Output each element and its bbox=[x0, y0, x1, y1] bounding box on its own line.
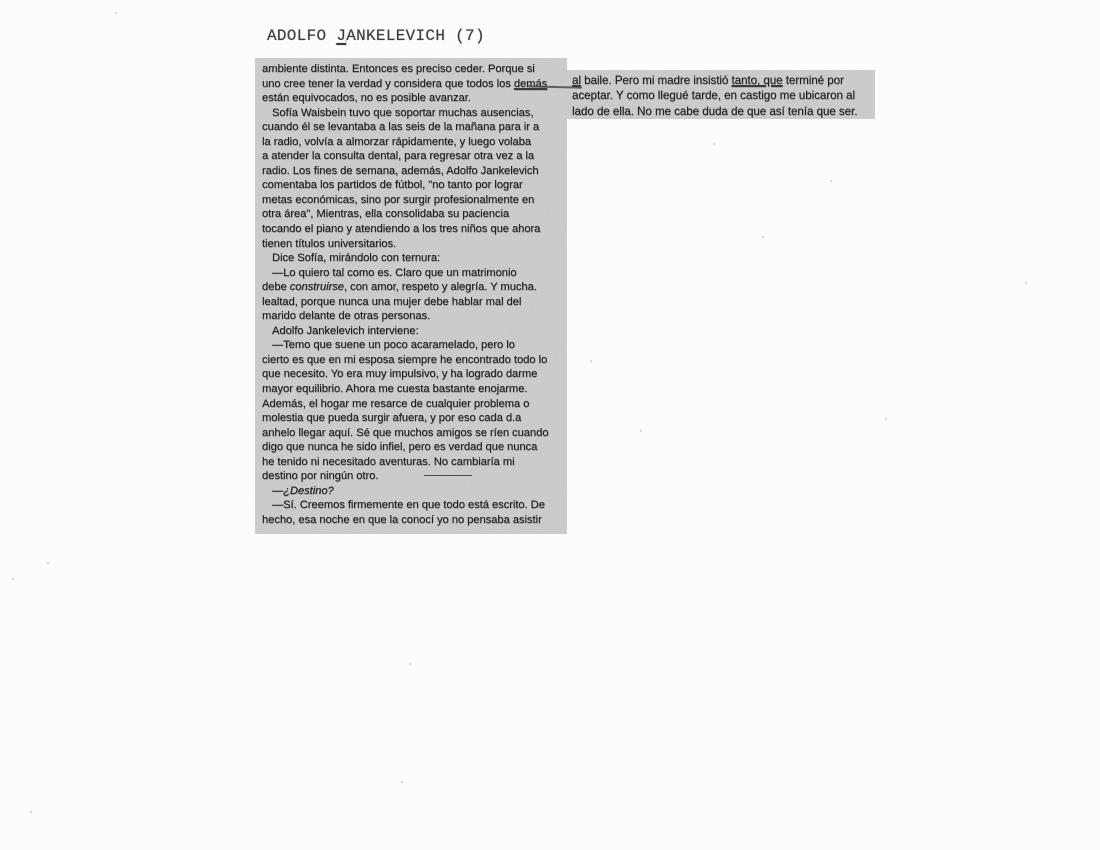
text-segment: he tenido ni necesitado aventuras. No ca… bbox=[262, 456, 514, 468]
scan-speck bbox=[401, 781, 403, 783]
text-line: aceptar. Y como llegué tarde, en castigo… bbox=[572, 88, 875, 103]
typewritten-page-title: ADOLFO JANKELEVICH (7) bbox=[267, 26, 485, 46]
scan-speck bbox=[885, 418, 887, 420]
text-segment: Dice Sofía, mirándolo con ternura: bbox=[272, 252, 440, 264]
underlined-text: al bbox=[572, 74, 581, 87]
text-segment: hecho, esa noche en que la conocí yo no … bbox=[262, 514, 542, 526]
text-line: debe construirse, con amor, respeto y al… bbox=[262, 280, 567, 295]
text-segment: —Lo quiero tal como es. Claro que un mat… bbox=[272, 267, 517, 279]
text-segment: anhelo llegar aquí. Sé que muchos amigos… bbox=[262, 427, 548, 439]
text-segment: debe bbox=[262, 281, 290, 293]
text-segment: ANKELEVICH (7) bbox=[346, 27, 485, 45]
text-segment: la radio, volvía a almorzar rápidamente,… bbox=[262, 136, 531, 148]
text-line: Dice Sofía, mirándolo con ternura: bbox=[262, 251, 567, 266]
scan-speck bbox=[115, 12, 117, 14]
text-segment: terminé por bbox=[783, 74, 844, 87]
scan-speck bbox=[713, 143, 715, 145]
text-line: hecho, esa noche en que la conocí yo no … bbox=[262, 513, 567, 528]
text-segment: destino por ningún otro. bbox=[262, 470, 378, 482]
text-line: destino por ningún otro. bbox=[262, 469, 567, 484]
text-line: al baile. Pero mi madre insistió tanto, … bbox=[572, 73, 875, 88]
scan-speck bbox=[409, 663, 411, 665]
text-line: —Temo que suene un poco acaramelado, per… bbox=[262, 338, 567, 353]
text-line: lado de ella. No me cabe duda de que así… bbox=[572, 104, 875, 119]
text-segment: —Temo que suene un poco acaramelado, per… bbox=[272, 339, 515, 351]
text-line: la radio, volvía a almorzar rápidamente,… bbox=[262, 135, 567, 150]
text-segment: baile. Pero mi madre insistió bbox=[581, 74, 732, 87]
text-segment: mayor equilibrio. Ahora me cuesta bastan… bbox=[262, 383, 527, 395]
text-line: tienen títulos universitarios. bbox=[262, 237, 567, 252]
scan-speck bbox=[47, 562, 49, 564]
text-line: comentaba los partidos de fútbol, "no ta… bbox=[262, 178, 567, 193]
scan-speck bbox=[640, 430, 642, 432]
text-segment: ADOLFO bbox=[267, 27, 336, 45]
scan-speck bbox=[12, 578, 14, 580]
scan-speck bbox=[830, 180, 832, 182]
text-line: Además, el hogar me resarce de cualquier… bbox=[262, 397, 567, 412]
text-segment: cierto es que en mi esposa siempre he en… bbox=[262, 354, 547, 366]
text-line: Sofía Waisbein tuvo que soportar muchas … bbox=[262, 106, 567, 121]
text-line: digo que nunca he sido infiel, pero es v… bbox=[262, 440, 567, 455]
text-segment: cuando él se levantaba a las seis de la … bbox=[262, 121, 539, 133]
text-segment: tienen títulos universitarios. bbox=[262, 238, 396, 250]
text-line: —¿Destino? bbox=[262, 484, 567, 499]
text-line: radio. Los fines de semana, además, Adol… bbox=[262, 164, 567, 179]
text-segment: digo que nunca he sido infiel, pero es v… bbox=[262, 441, 537, 453]
italic-text: —¿Destino? bbox=[272, 485, 334, 497]
text-line: a atender la consulta dental, para regre… bbox=[262, 149, 567, 164]
text-segment: otra área", Mientras, ella consolidaba s… bbox=[262, 208, 509, 220]
italic-text: construirse bbox=[290, 281, 344, 293]
text-segment: —Sí. Creemos firmemente en que todo está… bbox=[272, 499, 545, 511]
text-line: Adolfo Jankelevich interviene: bbox=[262, 324, 567, 339]
underlined-text: J bbox=[336, 27, 346, 45]
scan-speck bbox=[1025, 282, 1027, 284]
text-line: he tenido ni necesitado aventuras. No ca… bbox=[262, 455, 567, 470]
clipping-right-column-text: al baile. Pero mi madre insistió tanto, … bbox=[572, 73, 875, 119]
text-line: que necesito. Yo era muy impulsivo, y ha… bbox=[262, 367, 567, 382]
handwritten-rule bbox=[424, 472, 472, 476]
clipping-left-column: ambiente distinta. Entonces es preciso c… bbox=[255, 58, 567, 534]
text-segment: aceptar. Y como llegué tarde, en castigo… bbox=[572, 89, 855, 102]
text-segment: uno cree tener la verdad y considera que… bbox=[262, 78, 514, 90]
scan-speck bbox=[590, 360, 592, 362]
text-line: —Lo quiero tal como es. Claro que un mat… bbox=[262, 266, 567, 281]
text-segment: radio. Los fines de semana, además, Adol… bbox=[262, 165, 539, 177]
text-line: tocando el piano y atendiendo a los tres… bbox=[262, 222, 567, 237]
text-line: cuando él se levantaba a las seis de la … bbox=[262, 120, 567, 135]
text-segment: lado de ella. No me cabe duda de que así… bbox=[572, 105, 857, 118]
scan-speck bbox=[345, 40, 347, 42]
clipping-left-column-text: ambiente distinta. Entonces es preciso c… bbox=[262, 62, 567, 528]
scan-speck bbox=[762, 236, 764, 238]
text-line: mayor equilibrio. Ahora me cuesta bastan… bbox=[262, 382, 567, 397]
text-line: molestia que pueda surgir afuera, y por … bbox=[262, 411, 567, 426]
text-segment: tocando el piano y atendiendo a los tres… bbox=[262, 223, 540, 235]
text-line: cierto es que en mi esposa siempre he en… bbox=[262, 353, 567, 368]
text-segment: Además, el hogar me resarce de cualquier… bbox=[262, 398, 529, 410]
text-segment: Adolfo Jankelevich interviene: bbox=[272, 325, 419, 337]
text-segment: están equivocados, no es posible avanzar… bbox=[262, 92, 471, 104]
text-line: lealtad, porque nunca una mujer debe hab… bbox=[262, 295, 567, 310]
text-segment: comentaba los partidos de fútbol, "no ta… bbox=[262, 179, 523, 191]
text-segment: a atender la consulta dental, para regre… bbox=[262, 150, 534, 162]
text-segment: ambiente distinta. Entonces es preciso c… bbox=[262, 63, 535, 75]
text-line: metas económicas, sino por surgir profes… bbox=[262, 193, 567, 208]
underlined-text: demás bbox=[514, 78, 547, 90]
text-segment: que necesito. Yo era muy impulsivo, y ha… bbox=[262, 368, 537, 380]
text-segment: Sofía Waisbein tuvo que soportar muchas … bbox=[272, 107, 533, 119]
text-line: ambiente distinta. Entonces es preciso c… bbox=[262, 62, 567, 77]
text-segment: lealtad, porque nunca una mujer debe hab… bbox=[262, 296, 521, 308]
text-line: otra área", Mientras, ella consolidaba s… bbox=[262, 207, 567, 222]
text-line: anhelo llegar aquí. Sé que muchos amigos… bbox=[262, 426, 567, 441]
scanned-document-page: ADOLFO JANKELEVICH (7) ambiente distinta… bbox=[0, 0, 1100, 850]
underlined-text: tanto, que bbox=[731, 74, 782, 87]
scan-speck bbox=[30, 811, 32, 813]
text-line: marido delante de otras personas. bbox=[262, 309, 567, 324]
clipping-right-column: al baile. Pero mi madre insistió tanto, … bbox=[567, 70, 875, 119]
text-line: —Sí. Creemos firmemente en que todo está… bbox=[262, 498, 567, 513]
text-line: están equivocados, no es posible avanzar… bbox=[262, 91, 567, 106]
text-segment: marido delante de otras personas. bbox=[262, 310, 430, 322]
text-line: uno cree tener la verdad y considera que… bbox=[262, 77, 567, 92]
text-segment: , con amor, respeto y alegría. Y mucha. bbox=[344, 281, 537, 293]
text-segment: molestia que pueda surgir afuera, y por … bbox=[262, 412, 521, 424]
text-segment: metas económicas, sino por surgir profes… bbox=[262, 194, 534, 206]
